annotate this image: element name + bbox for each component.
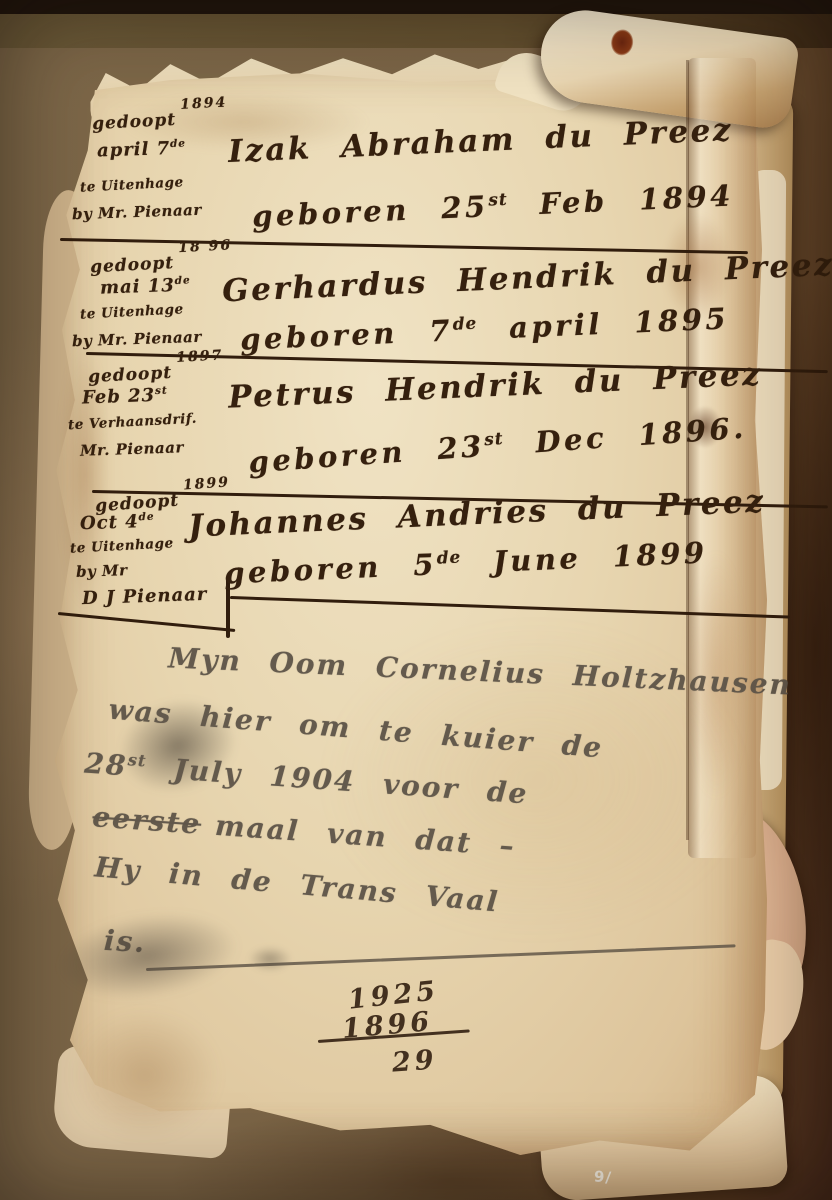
birth-day-ordinal: st <box>484 428 505 449</box>
birth-day-ordinal: de <box>436 547 461 568</box>
baptism-date-text: Oct 4 <box>80 511 139 534</box>
birth-day: 25 <box>441 189 490 225</box>
baptism-date-ordinal: de <box>174 274 190 287</box>
birth-day: 7 <box>429 313 454 348</box>
birth-day-ordinal: de <box>452 313 477 334</box>
born-word: geboren <box>239 316 398 357</box>
birth-day: 23 <box>436 429 486 466</box>
birth-day-ordinal: st <box>488 189 508 210</box>
baptism-date-text: mai 13 <box>100 275 176 299</box>
minister-signature: D J Pienaar <box>82 584 208 609</box>
birth-day: 5 <box>413 547 438 582</box>
baptism-date: Oct 4de <box>80 511 155 535</box>
note-day: 28 <box>83 747 128 783</box>
photograph-of-baptism-register-page: gedoopt1894 april 7de te Uitenhage by Mr… <box>0 0 832 1200</box>
corner-reference-label: 9/ <box>593 1167 612 1186</box>
baptized-year: 18 96 <box>178 237 233 256</box>
rust-stain-spot <box>609 28 634 57</box>
baptism-date: april 7de <box>97 137 187 161</box>
born-word: geboren <box>251 193 410 234</box>
baptism-date-ordinal: st <box>155 385 168 397</box>
baptized-year: 1894 <box>180 94 228 112</box>
note-line-6: is. <box>103 924 147 959</box>
baptism-date-text: april 7 <box>97 138 171 162</box>
subtraction-difference: 29 <box>391 1044 439 1078</box>
baptism-date-text: Feb 23 <box>82 385 156 409</box>
baptized-year: 1899 <box>183 474 231 493</box>
minister-name: by Mr <box>76 561 128 581</box>
page-crease-line <box>686 60 689 840</box>
note-day-ordinal: st <box>127 750 147 770</box>
photo-top-dark-band <box>0 0 832 14</box>
baptism-date: mai 13de <box>100 274 192 298</box>
baptized-year: 1897 <box>176 347 224 365</box>
born-word: geboren <box>223 550 382 591</box>
baptism-date: Feb 23st <box>82 385 169 409</box>
baptism-date-ordinal: de <box>138 511 154 524</box>
minister-name: Mr. Pienaar <box>80 438 184 460</box>
baptism-date-ordinal: de <box>170 137 186 150</box>
